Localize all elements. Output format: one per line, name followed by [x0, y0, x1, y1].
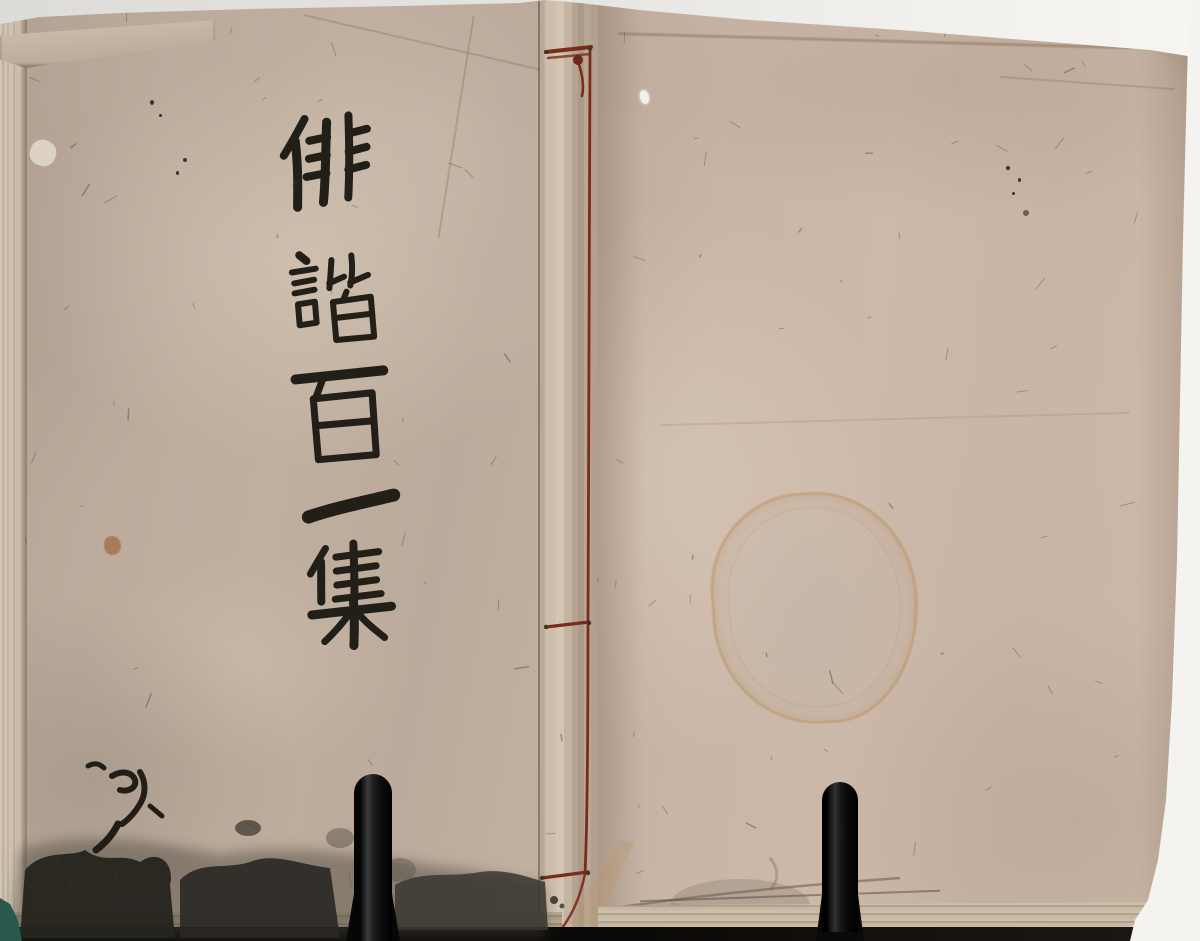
back-cover	[598, 0, 1200, 941]
ink-speck	[1006, 166, 1010, 170]
spine	[538, 0, 600, 941]
spine-shadow	[598, 0, 644, 941]
book-stand-right-prong	[822, 782, 858, 932]
light-paper-patch	[26, 136, 59, 169]
water-stain-inner-ring	[722, 501, 908, 713]
ink-speck	[176, 171, 179, 175]
front-cover	[0, 0, 548, 941]
photo-frame: 俳 諧 百 一 集	[0, 0, 1200, 941]
ink-speck	[183, 158, 187, 162]
ink-speck	[1012, 192, 1015, 195]
cover-crease	[303, 14, 547, 72]
bottom-shadow	[0, 927, 1165, 941]
ink-speck	[159, 114, 162, 117]
brown-speck	[1023, 210, 1029, 216]
brown-stain-spot	[104, 536, 121, 555]
page-fore-edge	[0, 12, 27, 930]
ink-speck	[150, 100, 154, 105]
ink-speck	[1018, 178, 1021, 182]
top-left-corner-fold	[0, 20, 215, 68]
book-stand-left-prong	[354, 774, 392, 941]
